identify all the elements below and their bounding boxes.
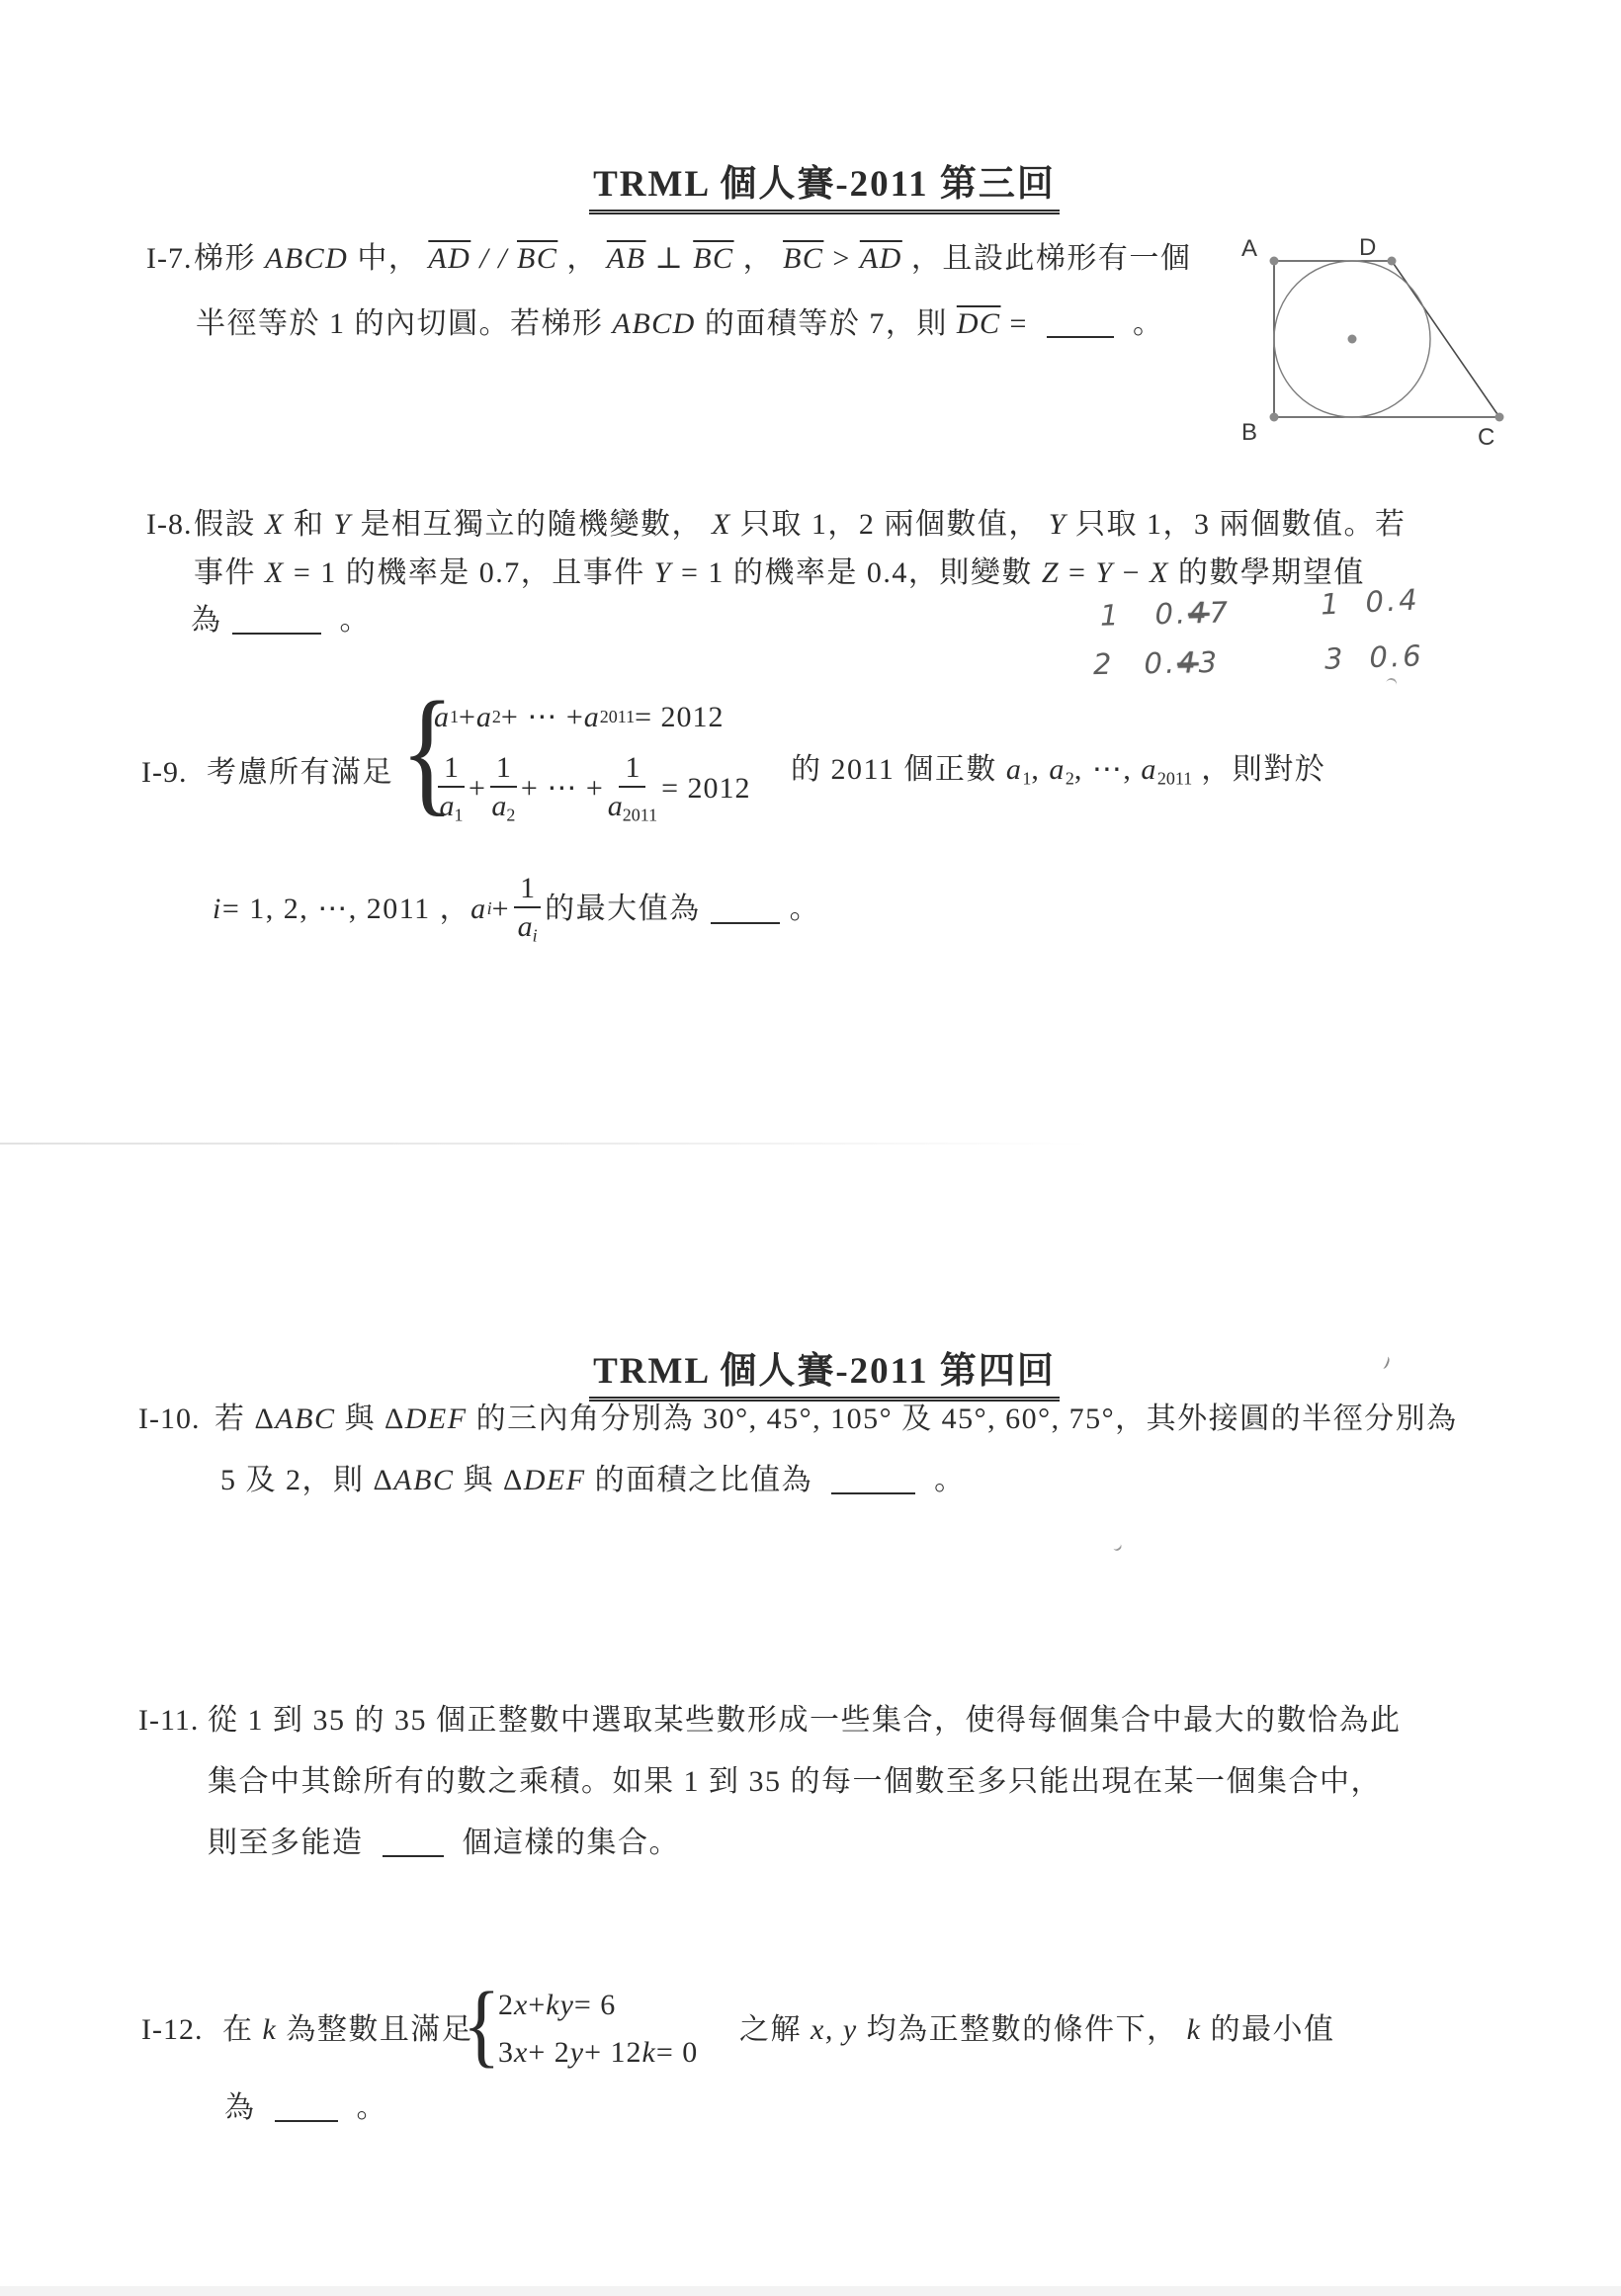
problem-i12-intro: I-12.在 k 為整數且滿足 — [141, 2011, 472, 2049]
problem-i7-line1: I-7.梯形 ABCD 中， AD / / BC ， AB ⊥ BC ， BC … — [146, 240, 1191, 278]
problem-i9-after-text: 的 2011 個正數 a1, a2, ⋯, a2011 ，則對於 — [791, 753, 1325, 786]
problem-i9-label: I-9. — [141, 754, 207, 792]
problem-i7-line2-text: 半徑等於 1 的內切圓。若梯形 ABCD 的面積等於 7，則 DC = 。 — [196, 307, 1163, 340]
trapezoid-incircle-figure: A D B C — [1234, 229, 1530, 457]
answer-blank — [232, 605, 321, 636]
problem-i9-equation-system: { a1 + a2 + ⋯ + a2011 = 2012 1a1 + 1a2 +… — [400, 684, 815, 852]
problem-i11-line1: I-11.從 1 到 35 的 35 個正整數中選取某些數形成一些集合，使得每個… — [138, 1702, 1402, 1740]
hand-gap — [1122, 624, 1155, 625]
problem-i12-after-system: 之解 x, y 均為正整數的條件下， k 的最小值 — [739, 2011, 1334, 2049]
problem-i9-intro-text: 考慮所有滿足 — [207, 756, 393, 789]
page-bottom-edge — [0, 2286, 1621, 2296]
problem-i8-line3-text: 為 。 — [191, 604, 371, 637]
problem-i8-label: I-8. — [146, 506, 194, 544]
fraction: 1a2 — [490, 751, 517, 825]
problem-i11-line2: 集合中其餘所有的數之乘積。如果 1 到 35 的每一個數至多只能出現在某一個集合… — [208, 1763, 1382, 1801]
problem-i9-intro: I-9.考慮所有滿足 — [141, 754, 393, 792]
i12-equation-2: 3x + 2y + 12k = 0 — [498, 2036, 698, 2070]
handwritten-note-x-row1: 10.47 — [1100, 595, 1232, 632]
exam-page: TRML 個人賽-2011 第三回 I-7.梯形 ABCD 中， AD / / … — [0, 0, 1621, 2296]
problem-i12-after-text: 之解 x, y 均為正整數的條件下， k 的最小值 — [739, 2013, 1334, 2046]
vertex-label-d: D — [1359, 234, 1376, 261]
problem-i12-intro-text: 在 k 為整數且滿足 — [222, 2013, 472, 2046]
problem-i8-line1: I-8.假設 X 和 Y 是相互獨立的隨機變數， X 只取 1，2 兩個數值， … — [146, 506, 1407, 544]
problem-i10-label: I-10. — [138, 1401, 214, 1438]
problem-i11-line3-text: 則至多能造 個這樣的集合。 — [208, 1827, 680, 1859]
vertex-dot-d — [1388, 257, 1397, 266]
problem-i8-line2-text: 事件 X = 1 的機率是 0.7，且事件 Y = 1 的機率是 0.4，則變數… — [194, 556, 1365, 589]
fraction: 1ai — [514, 872, 541, 946]
answer-blank — [275, 2092, 338, 2123]
trapezoid-outline — [1274, 261, 1499, 417]
problem-i10-line1-text: 若 ΔABC 與 ΔDEF 的三內角分別為 30°, 45°, 105° 及 4… — [214, 1403, 1458, 1435]
answer-blank — [1047, 308, 1114, 339]
vertex-dot-a — [1270, 257, 1279, 266]
scan-speck — [1385, 677, 1399, 691]
system-brace: { — [463, 1979, 500, 2072]
fraction: 1a2011 — [608, 751, 657, 825]
vertex-label-a: A — [1241, 235, 1257, 262]
hand-gap — [1342, 612, 1366, 613]
problem-i11-label: I-11. — [138, 1702, 208, 1740]
circle-center-dot — [1348, 335, 1357, 344]
problem-i11-line2-text: 集合中其餘所有的數之乘積。如果 1 到 35 的每一個數至多只能出現在某一個集合… — [208, 1765, 1382, 1798]
scan-speck — [1110, 1538, 1123, 1552]
page-seam — [0, 1143, 1092, 1145]
problem-i8-line1-text: 假設 X 和 Y 是相互獨立的隨機變數， X 只取 1，2 兩個數值， Y 只取… — [194, 508, 1407, 541]
vertex-dot-c — [1495, 413, 1504, 422]
problem-i12-line2: 為 。 — [224, 2089, 387, 2127]
problem-i12-equation-system: { 2x + ky = 6 3x + 2y + 12k = 0 — [461, 1977, 787, 2095]
problem-i10-line1: I-10.若 ΔABC 與 ΔDEF 的三內角分別為 30°, 45°, 105… — [138, 1401, 1458, 1438]
problem-i11-line3: 則至多能造 個這樣的集合。 — [208, 1825, 680, 1862]
problem-i8-line3: 為 。 — [191, 602, 371, 639]
problem-i9-line2: i = 1, 2, ⋯, 2011 ， ai + 1ai 的最大值為 。 — [213, 872, 820, 946]
problem-i8-line2: 事件 X = 1 的機率是 0.7，且事件 Y = 1 的機率是 0.4，則變數… — [194, 554, 1365, 592]
problem-i10-line2-text: 5 及 2，則 ΔABC 與 ΔDEF 的面積之比值為 。 — [220, 1464, 966, 1496]
problem-i7-line1-text: 梯形 ABCD 中， AD / / BC ， AB ⊥ BC ， BC > AD… — [194, 242, 1191, 275]
answer-blank — [831, 1465, 915, 1495]
problem-i12-line2-text: 為 。 — [224, 2091, 387, 2124]
round4-title: TRML 個人賽-2011 第四回 — [0, 1340, 1621, 1402]
problem-i11-line1-text: 從 1 到 35 的 35 個正整數中選取某些數形成一些集合，使得每個集合中最大… — [208, 1704, 1402, 1737]
handwritten-note-y-row1: 10.4 — [1320, 582, 1420, 621]
vertex-label-b: B — [1241, 419, 1257, 446]
i9-equation-1: a1 + a2 + ⋯ + a2011 = 2012 — [434, 700, 725, 734]
hand-gap — [1115, 673, 1145, 674]
handwritten-note-x-row2: 20.43 — [1093, 645, 1221, 681]
i12-equation-1: 2x + ky = 6 — [498, 1989, 616, 2022]
fraction: 1a1 — [438, 751, 465, 825]
problem-i7-line2: 半徑等於 1 的內切圓。若梯形 ABCD 的面積等於 7，則 DC = 。 — [196, 305, 1163, 343]
problem-i9-after-system: 的 2011 個正數 a1, a2, ⋯, a2011 ，則對於 — [791, 751, 1325, 790]
hand-gap — [1346, 667, 1370, 668]
answer-blank — [711, 893, 780, 924]
vertex-label-c: C — [1478, 424, 1494, 451]
handwritten-note-y-row2: 30.6 — [1323, 638, 1424, 675]
problem-i12-label: I-12. — [141, 2011, 222, 2049]
round3-title: TRML 個人賽-2011 第三回 — [0, 153, 1621, 214]
problem-i7-label: I-7. — [146, 240, 194, 278]
problem-i10-line2: 5 及 2，則 ΔABC 與 ΔDEF 的面積之比值為 。 — [220, 1462, 966, 1499]
vertex-dot-b — [1270, 413, 1279, 422]
answer-blank — [383, 1828, 444, 1858]
i9-equation-2: 1a1 + 1a2 + ⋯ + 1a2011 = 2012 — [434, 751, 751, 825]
